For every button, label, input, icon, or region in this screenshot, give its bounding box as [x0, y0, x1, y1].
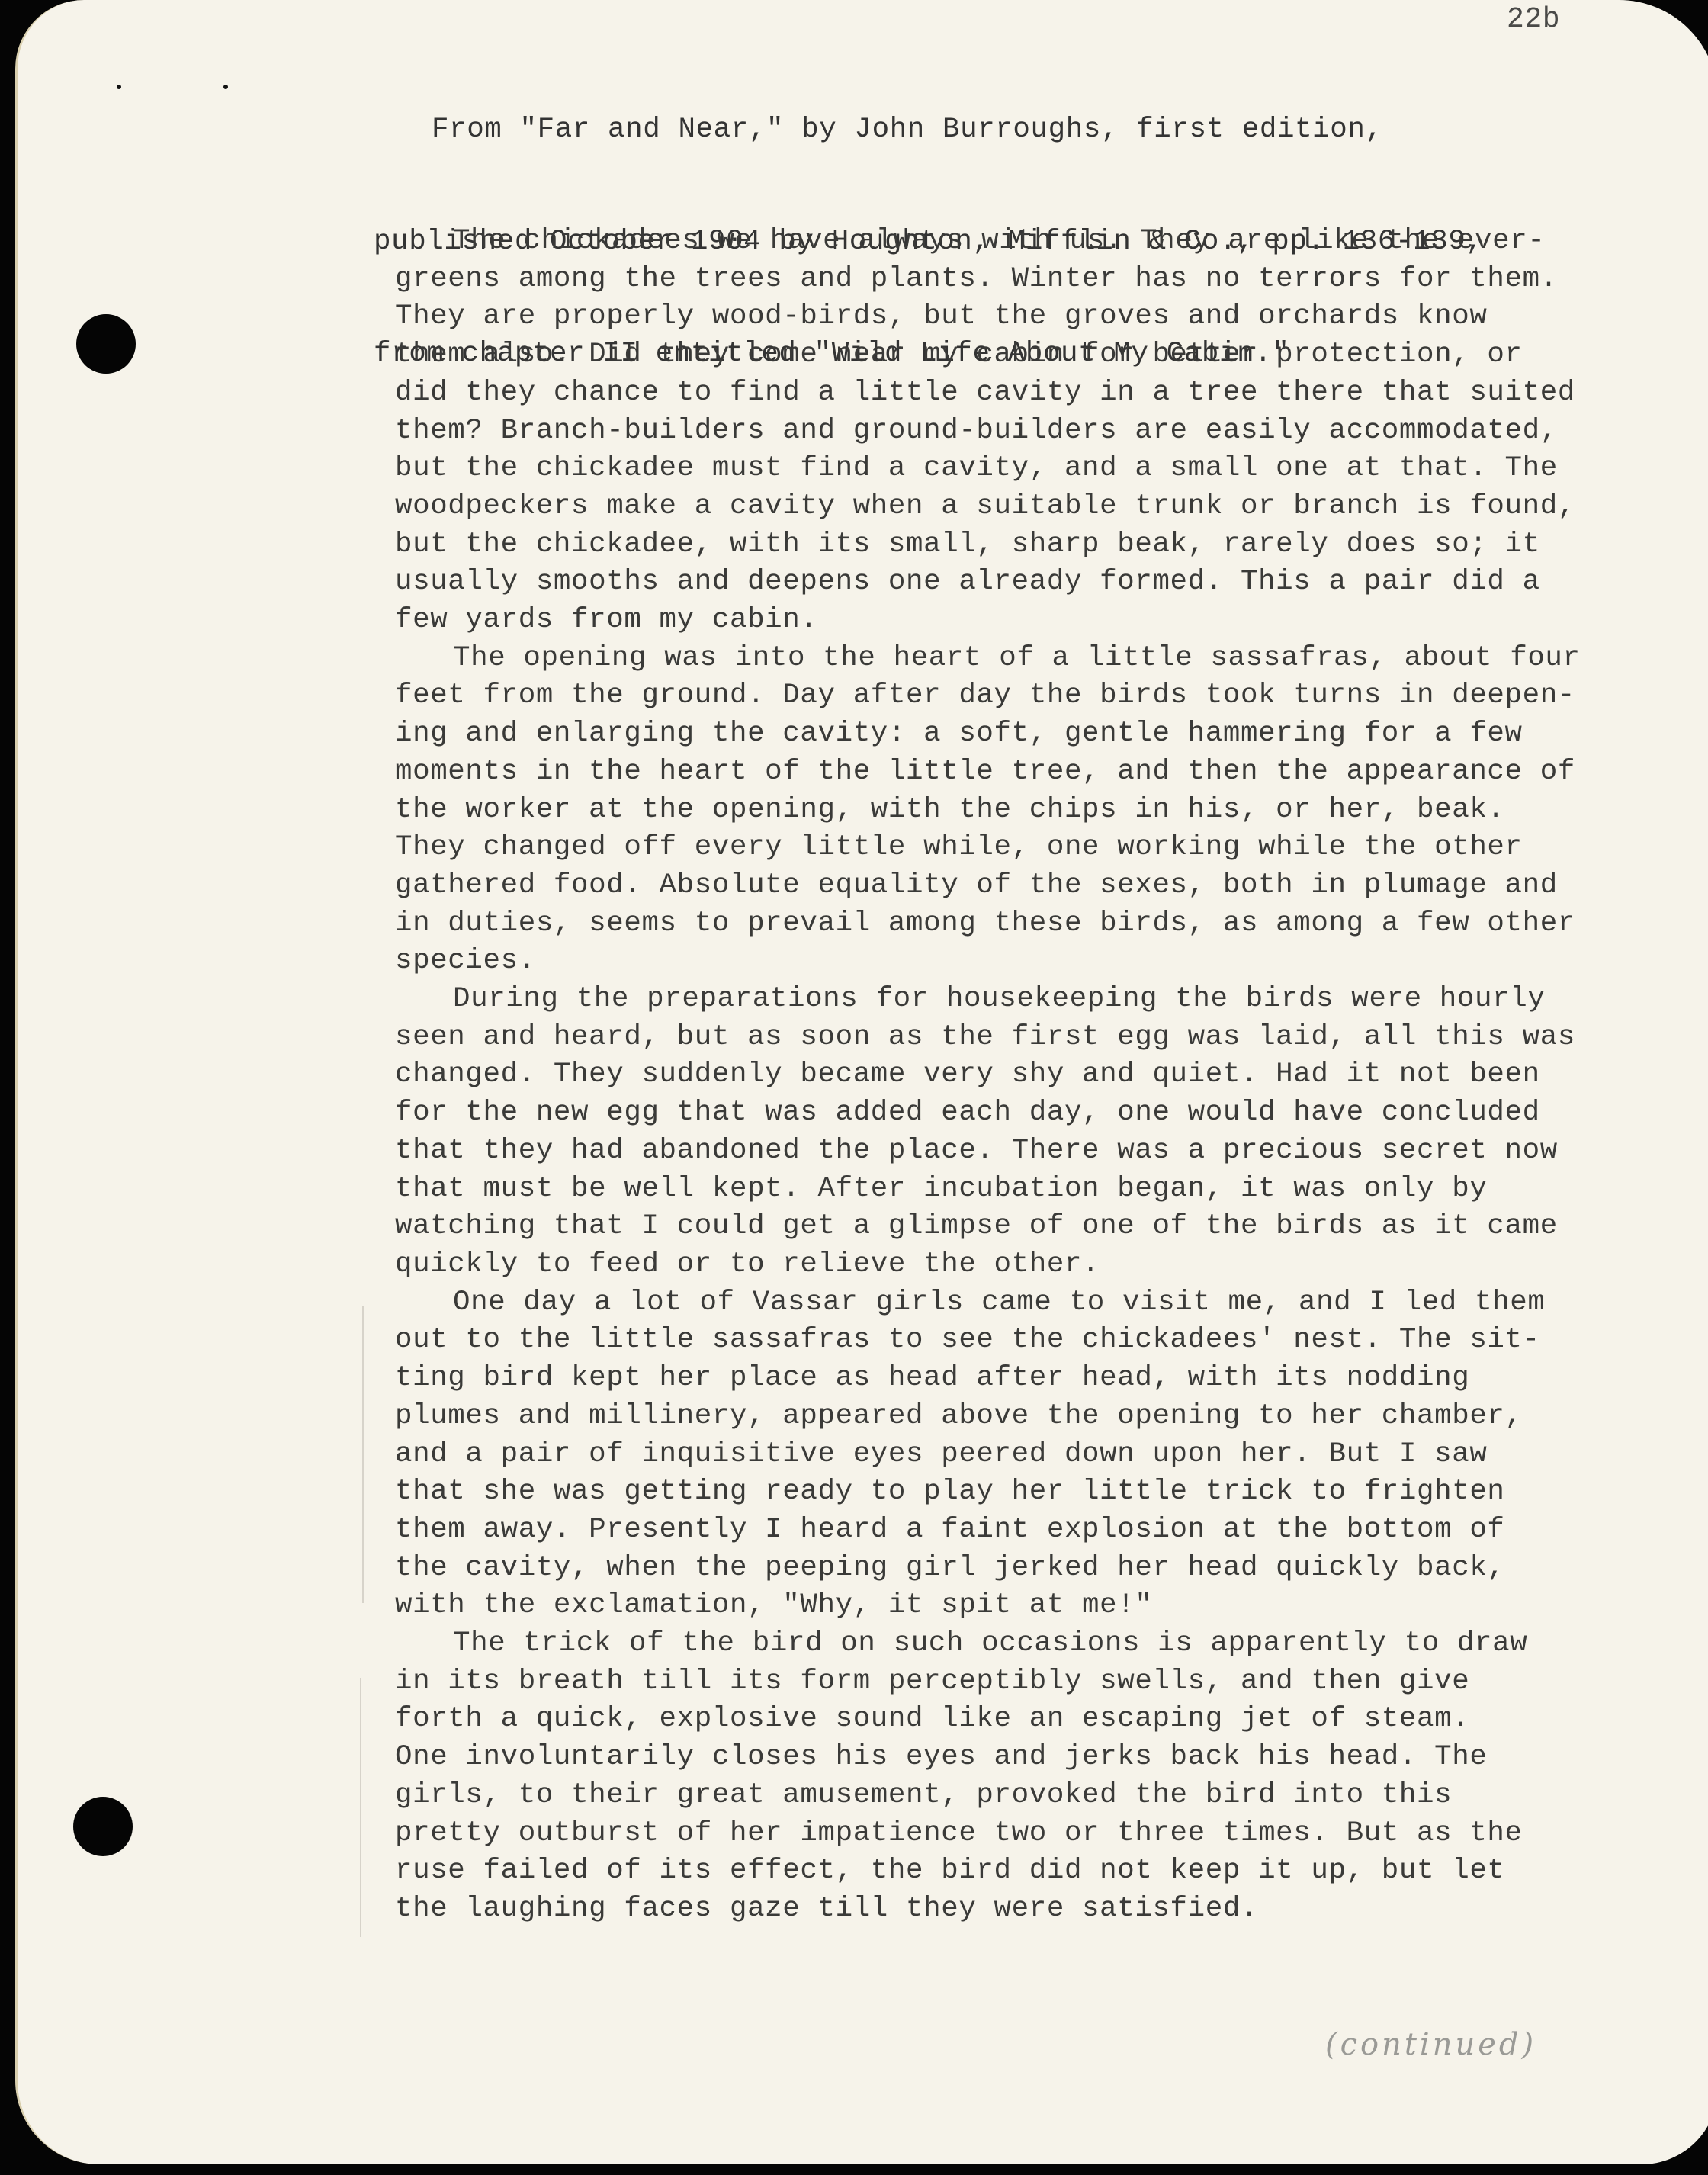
text-line: seen and heard, but as soon as the first…: [395, 1019, 1581, 1057]
text-line: them also. Did they come near my cabin f…: [395, 336, 1581, 374]
pencil-margin-mark: [360, 1678, 361, 1937]
text-line: The opening was into the heart of a litt…: [395, 640, 1581, 678]
text-line: but the chickadee must find a cavity, an…: [395, 450, 1581, 488]
citation-line-1: From "Far and Near," by John Burroughs, …: [432, 111, 1484, 149]
text-line: girls, to their great amusement, provoke…: [395, 1777, 1581, 1815]
text-line: pretty outburst of her impatience two or…: [395, 1815, 1581, 1853]
handwritten-continued-note: (continued): [1325, 2027, 1536, 2062]
binder-hole-top: [76, 314, 136, 374]
text-line: ruse failed of its effect, the bird did …: [395, 1852, 1581, 1891]
text-line: few yards from my cabin.: [395, 602, 1581, 640]
text-line: One involuntarily closes his eyes and je…: [395, 1739, 1581, 1777]
text-line: that she was getting ready to play her l…: [395, 1473, 1581, 1512]
text-line: The chickadees we have always with us. T…: [395, 223, 1581, 261]
text-line: in duties, seems to prevail among these …: [395, 905, 1581, 943]
text-line: ing and enlarging the cavity: a soft, ge…: [395, 715, 1581, 753]
text-line: out to the little sassafras to see the c…: [395, 1322, 1581, 1360]
text-line: They are properly wood-birds, but the gr…: [395, 298, 1581, 336]
text-line: usually smooths and deepens one already …: [395, 564, 1581, 602]
text-line: During the preparations for housekeeping…: [395, 981, 1581, 1019]
text-line: the worker at the opening, with the chip…: [395, 792, 1581, 830]
text-line: feet from the ground. Day after day the …: [395, 677, 1581, 715]
text-line: them? Branch-builders and ground-builder…: [395, 413, 1581, 451]
text-line: in its breath till its form perceptibly …: [395, 1663, 1581, 1701]
text-line: They changed off every little while, one…: [395, 829, 1581, 867]
text-line: plumes and millinery, appeared above the…: [395, 1398, 1581, 1436]
text-line: with the exclamation, "Why, it spit at m…: [395, 1587, 1581, 1625]
text-line: that must be well kept. After incubation…: [395, 1171, 1581, 1209]
text-line: gathered food. Absolute equality of the …: [395, 867, 1581, 905]
pinhole-mark: [117, 85, 121, 89]
text-line: greens among the trees and plants. Winte…: [395, 261, 1581, 299]
text-line: that they had abandoned the place. There…: [395, 1132, 1581, 1171]
text-line: quickly to feed or to relieve the other.: [395, 1246, 1581, 1284]
text-line: The trick of the bird on such occasions …: [395, 1625, 1581, 1663]
text-line: the cavity, when the peeping girl jerked…: [395, 1550, 1581, 1588]
text-line: them away. Presently I heard a faint exp…: [395, 1512, 1581, 1550]
text-line: the laughing faces gaze till they were s…: [395, 1891, 1581, 1929]
text-line: One day a lot of Vassar girls came to vi…: [395, 1284, 1581, 1322]
text-line: ting bird kept her place as head after h…: [395, 1360, 1581, 1398]
pencil-margin-mark: [362, 1306, 364, 1603]
page-number: 22b: [1507, 3, 1560, 36]
text-line: but the chickadee, with its small, sharp…: [395, 526, 1581, 564]
binder-hole-bottom: [73, 1797, 133, 1856]
text-line: and a pair of inquisitive eyes peered do…: [395, 1436, 1581, 1474]
text-line: watching that I could get a glimpse of o…: [395, 1208, 1581, 1246]
text-line: forth a quick, explosive sound like an e…: [395, 1701, 1581, 1739]
text-line: changed. They suddenly became very shy a…: [395, 1056, 1581, 1094]
text-line: did they chance to find a little cavity …: [395, 374, 1581, 413]
pinhole-mark: [223, 85, 228, 89]
text-line: moments in the heart of the little tree,…: [395, 753, 1581, 792]
text-line: for the new egg that was added each day,…: [395, 1094, 1581, 1132]
text-line: woodpeckers make a cavity when a suitabl…: [395, 488, 1581, 526]
text-line: species.: [395, 943, 1581, 981]
body-text: The chickadees we have always with us. T…: [395, 223, 1581, 1929]
